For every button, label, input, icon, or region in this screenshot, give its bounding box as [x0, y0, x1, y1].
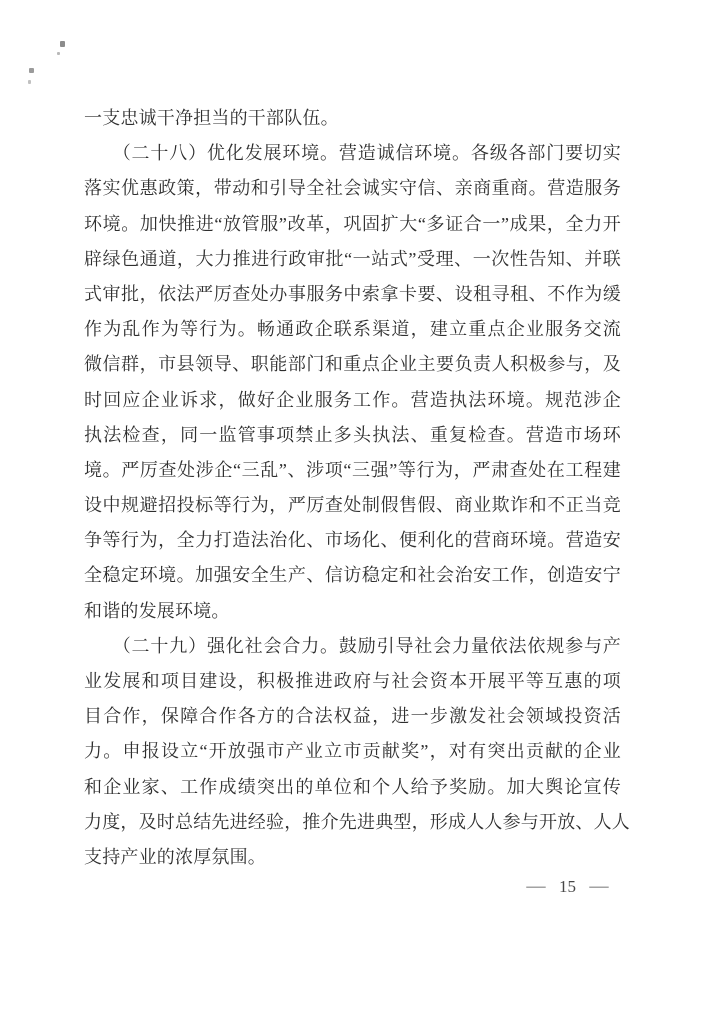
- text-line: 支持产业的浓厚氛围。: [84, 840, 621, 875]
- text-line: 微信群，市县领导、职能部门和重点企业主要负责人积极参与，及: [84, 347, 621, 382]
- footer-right-dash: —: [589, 878, 608, 896]
- text-line: 和谐的发展环境。: [84, 594, 621, 629]
- text-line: 执法检查，同一监管事项禁止多头执法、重复检查。营造市场环: [84, 418, 621, 453]
- page-number: 15: [559, 877, 576, 897]
- text-line: 环境。加快推进“放管服”改革，巩固扩大“多证合一”成果，全力开: [84, 207, 621, 242]
- text-line: 全稳定环境。加强安全生产、信访稳定和社会治安工作，创造安宁: [84, 558, 621, 593]
- page-footer: — 15 —: [84, 872, 621, 902]
- footer-left-dash: —: [526, 878, 545, 896]
- text-line: 作为乱作为等行为。畅通政企联系渠道，建立重点企业服务交流: [84, 312, 621, 347]
- text-line: 争等行为，全力打造法治化、市场化、便利化的营商环境。营造安: [84, 523, 621, 558]
- text-line: 一支忠诚干净担当的干部队伍。: [84, 101, 621, 136]
- scan-speckle: [29, 68, 34, 73]
- scan-speckle: [57, 52, 60, 55]
- text-line: 力。申报设立“开放强市产业立市贡献奖”，对有突出贡献的企业: [84, 734, 621, 769]
- text-line: 业发展和项目建设，积极推进政府与社会资本开展平等互惠的项: [84, 664, 621, 699]
- text-line: 目合作，保障合作各方的合法权益，进一步激发社会领域投资活: [84, 699, 621, 734]
- text-line: 辟绿色通道，大力推进行政审批“一站式”受理、一次性告知、并联: [84, 242, 621, 277]
- text-line: （二十九）强化社会合力。鼓励引导社会力量依法依规参与产: [84, 629, 621, 664]
- text-line: 力度，及时总结先进经验，推介先进典型，形成人人参与开放、人人: [84, 805, 621, 840]
- text-line: 设中规避招投标等行为，严厉查处制假售假、商业欺诈和不正当竞: [84, 488, 621, 523]
- document-body: 一支忠诚干净担当的干部队伍。 （二十八）优化发展环境。营造诚信环境。各级各部门要…: [84, 101, 621, 875]
- text-line: 境。严厉查处涉企“三乱”、涉项“三强”等行为，严肃查处在工程建: [84, 453, 621, 488]
- text-line: 和企业家、工作成绩突出的单位和个人给予奖励。加大舆论宣传: [84, 770, 621, 805]
- text-line: 式审批，依法严厉查处办事服务中索拿卡要、设租寻租、不作为缓: [84, 277, 621, 312]
- document-page: 一支忠诚干净担当的干部队伍。 （二十八）优化发展环境。营造诚信环境。各级各部门要…: [0, 0, 720, 1018]
- text-line: 时回应企业诉求，做好企业服务工作。营造执法环境。规范涉企: [84, 383, 621, 418]
- scan-speckle: [60, 41, 65, 47]
- scan-speckle: [28, 80, 31, 84]
- text-line: 落实优惠政策，带动和引导全社会诚实守信、亲商重商。营造服务: [84, 171, 621, 206]
- text-line: （二十八）优化发展环境。营造诚信环境。各级各部门要切实: [84, 136, 621, 171]
